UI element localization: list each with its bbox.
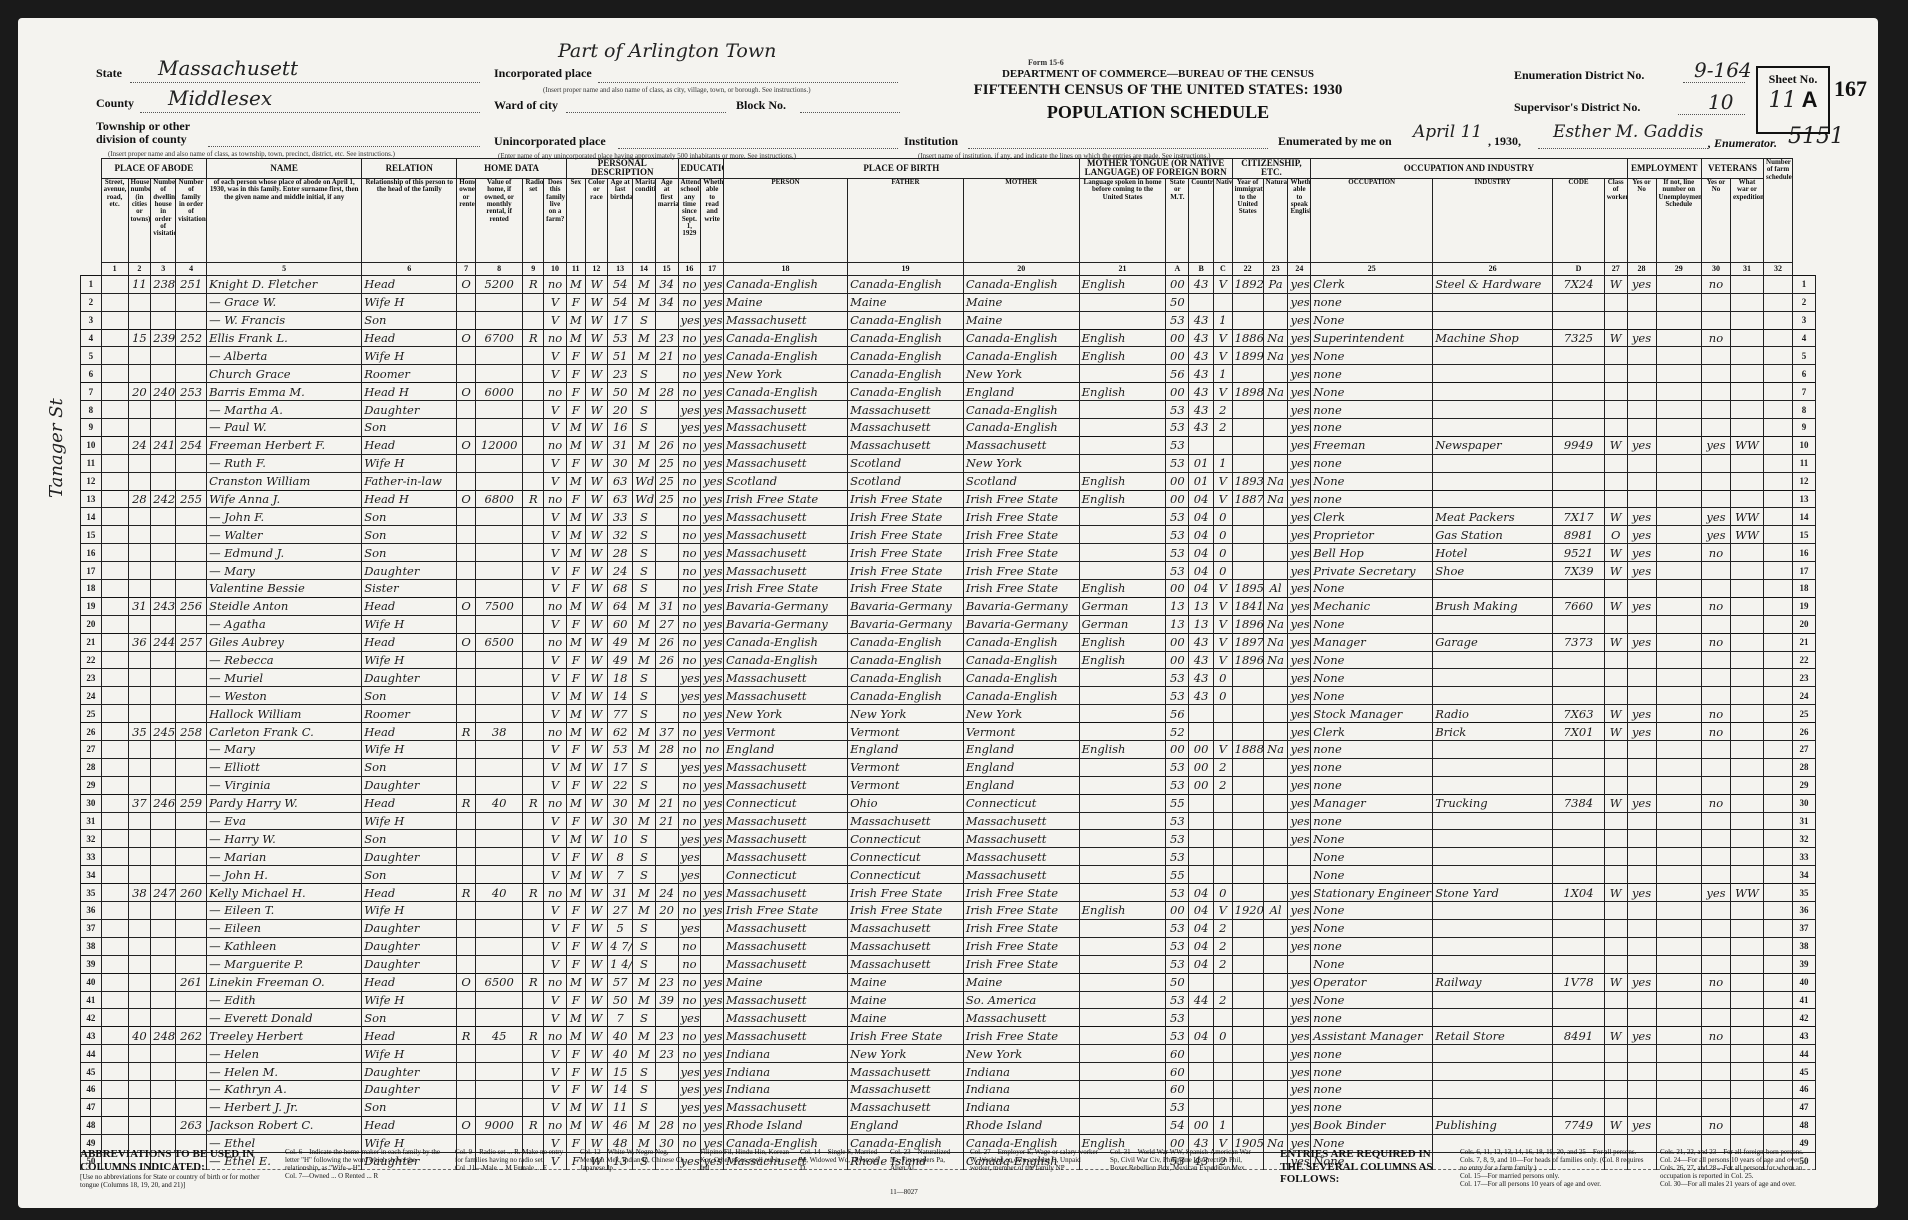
cell-cc: 0	[1214, 884, 1233, 902]
cell-own	[457, 1080, 476, 1098]
cell-bf: Vermont	[848, 758, 964, 776]
cell-occ: none	[1311, 741, 1433, 759]
cell-war: WW	[1730, 884, 1763, 902]
cell-imm	[1232, 1116, 1263, 1134]
cell-nat	[1263, 866, 1288, 884]
cell-cls: W	[1604, 794, 1627, 812]
cell-imm: 1896	[1232, 651, 1263, 669]
cell-war	[1730, 705, 1763, 723]
cell-fam	[176, 580, 207, 598]
line-number-right: 11	[1792, 454, 1815, 472]
line-number: 45	[81, 1063, 102, 1081]
cell-empty	[1764, 490, 1793, 508]
cell-bp: Massachusett	[724, 937, 848, 955]
cell-race: W	[585, 454, 608, 472]
col-30-header: Yes or No	[1702, 178, 1731, 262]
cell-sch: no	[678, 454, 701, 472]
cell-bp: Maine	[724, 293, 848, 311]
cell-house	[128, 454, 151, 472]
cell-ind	[1433, 472, 1553, 490]
cell-house	[128, 347, 151, 365]
cell-imm	[1232, 562, 1263, 580]
cell-eng: yes	[1288, 794, 1311, 812]
cell-war	[1730, 1098, 1763, 1116]
line-number: 47	[81, 1098, 102, 1116]
cell-empty	[1656, 830, 1701, 848]
line-number-right: 41	[1792, 991, 1815, 1009]
cell-emp	[1627, 1098, 1656, 1116]
cell-vet	[1702, 669, 1731, 687]
cell-cls: W	[1604, 275, 1627, 293]
cell-vet	[1702, 1063, 1731, 1081]
cell-emp	[1627, 991, 1656, 1009]
line-number: 34	[81, 866, 102, 884]
cell-a: 00	[1166, 490, 1189, 508]
cell-b: 00	[1189, 1116, 1214, 1134]
cell-dw	[151, 651, 176, 669]
cell-sch: no	[678, 1027, 701, 1045]
cell-own	[457, 866, 476, 884]
footer-col14: Col. 14—Single S, Married M, Widowed Wd,…	[800, 1148, 878, 1172]
cell-bm: Massachusett	[963, 812, 1079, 830]
cell-fam	[176, 401, 207, 419]
cell-val: 6500	[475, 973, 523, 991]
cell-own	[457, 472, 476, 490]
cell-a: 53	[1166, 991, 1189, 1009]
cell-empty	[1764, 884, 1793, 902]
cell-cls: W	[1604, 973, 1627, 991]
cell-eng	[1288, 955, 1311, 973]
cell-mar: M	[633, 991, 656, 1009]
cell-fam: 253	[176, 383, 207, 401]
cell-race: W	[585, 1027, 608, 1045]
cell-nat	[1263, 401, 1288, 419]
cell-own	[457, 919, 476, 937]
cell-bp: Massachusett	[724, 436, 848, 454]
cell-emp	[1627, 490, 1656, 508]
cell-emp	[1627, 365, 1656, 383]
cell-rw	[701, 1009, 724, 1027]
cell-dw	[151, 1009, 176, 1027]
enumerated-year: , 1930,	[1488, 134, 1521, 149]
cell-cc: V	[1214, 472, 1233, 490]
cell-code: 9949	[1553, 436, 1605, 454]
cell-bm: So. America	[963, 991, 1079, 1009]
cell-race: W	[585, 633, 608, 651]
cell-dw	[151, 902, 176, 920]
cell-b	[1189, 1080, 1214, 1098]
cell-nat	[1263, 311, 1288, 329]
cell-lang: German	[1079, 597, 1166, 615]
cell-bp: Massachusett	[724, 1009, 848, 1027]
cell-rel: Head	[362, 275, 457, 293]
cell-a: 53	[1166, 884, 1189, 902]
cell-vet	[1702, 937, 1731, 955]
cell-b: 04	[1189, 508, 1214, 526]
cell-cls	[1604, 401, 1627, 419]
cell-dw	[151, 830, 176, 848]
cell-val	[475, 419, 523, 437]
cell-radio	[523, 508, 544, 526]
entries-4: Col. 17—For all persons 10 years of age …	[1460, 1180, 1601, 1188]
cell-bp: Irish Free State	[724, 580, 848, 598]
cell-farm: V	[544, 311, 567, 329]
cell-empty	[1764, 866, 1793, 884]
cell-rw: yes	[701, 580, 724, 598]
cell-vet	[1702, 741, 1731, 759]
cell-imm	[1232, 293, 1263, 311]
cell-sex: F	[566, 615, 585, 633]
cell-code	[1553, 365, 1605, 383]
line-number-right: 28	[1792, 758, 1815, 776]
cell-nat	[1263, 973, 1288, 991]
cell-bf: Canada-English	[848, 669, 964, 687]
cell-dw: 238	[151, 275, 176, 293]
cell-sex: M	[566, 794, 585, 812]
cell-vet	[1702, 651, 1731, 669]
cell-nat	[1263, 508, 1288, 526]
cell-own: O	[457, 1116, 476, 1134]
cell-eng: yes	[1288, 830, 1311, 848]
cell-age: 24	[608, 562, 633, 580]
cell-cc: 0	[1214, 544, 1233, 562]
line-number-right: 26	[1792, 723, 1815, 741]
cell-name: — Herbert J. Jr.	[207, 1098, 362, 1116]
cell-lang	[1079, 293, 1166, 311]
cell-war: WW	[1730, 526, 1763, 544]
cell-bf: Irish Free State	[848, 526, 964, 544]
cell-nat	[1263, 526, 1288, 544]
cell-dw	[151, 741, 176, 759]
cell-vet	[1702, 919, 1731, 937]
cell-farm: V	[544, 454, 567, 472]
cell-own	[457, 419, 476, 437]
cell-race: W	[585, 419, 608, 437]
cell-rw: yes	[701, 562, 724, 580]
cell-code	[1553, 866, 1605, 884]
cell-occ: Clerk	[1311, 275, 1433, 293]
cell-ind	[1433, 669, 1553, 687]
cell-imm: 1920	[1232, 902, 1263, 920]
cell-rw: yes	[701, 597, 724, 615]
cell-rw: yes	[701, 1116, 724, 1134]
cell-occ: None	[1311, 955, 1433, 973]
cell-bp: Canada-English	[724, 347, 848, 365]
cell-fm: 25	[655, 472, 678, 490]
cell-war	[1730, 741, 1763, 759]
cell-eng: yes	[1288, 633, 1311, 651]
cell-dw	[151, 866, 176, 884]
cell-empty	[1764, 615, 1793, 633]
cell-lang: English	[1079, 472, 1166, 490]
cell-farm: V	[544, 472, 567, 490]
table-row: 22— RebeccaWife HVFW49M26noyesCanada-Eng…	[81, 651, 1816, 669]
cell-dw: 244	[151, 633, 176, 651]
cell-race: W	[585, 383, 608, 401]
line-number: 10	[81, 436, 102, 454]
cell-bp: Massachusett	[724, 991, 848, 1009]
cell-emp	[1627, 615, 1656, 633]
cell-eng: yes	[1288, 562, 1311, 580]
line-number-right: 47	[1792, 1098, 1815, 1116]
cell-empty	[1656, 955, 1701, 973]
cell-ind: Hotel	[1433, 544, 1553, 562]
cell-sch: no	[678, 812, 701, 830]
cell-fam	[176, 687, 207, 705]
cell-lang	[1079, 812, 1166, 830]
cell-fam: 252	[176, 329, 207, 347]
cell-bp: Massachusett	[724, 669, 848, 687]
cell-radio	[523, 848, 544, 866]
sd-value: 10	[1708, 90, 1733, 114]
county-value: Middlesex	[168, 86, 272, 110]
cell-lang	[1079, 919, 1166, 937]
cell-lang	[1079, 1063, 1166, 1081]
line-number: 32	[81, 830, 102, 848]
cell-vet: no	[1702, 544, 1731, 562]
cell-race: W	[585, 669, 608, 687]
cell-farm: no	[544, 723, 567, 741]
cell-name: Church Grace	[207, 365, 362, 383]
cell-occ: Bell Hop	[1311, 544, 1433, 562]
cell-a: 53	[1166, 1098, 1189, 1116]
cell-fm: 23	[655, 973, 678, 991]
cell-st	[101, 383, 128, 401]
table-row: 37— EileenDaughterVFW5SyesMassachusettMa…	[81, 919, 1816, 937]
cell-rw: yes	[701, 812, 724, 830]
cell-war	[1730, 723, 1763, 741]
cell-empty	[1764, 436, 1793, 454]
cell-race: W	[585, 1063, 608, 1081]
cell-rw: yes	[701, 347, 724, 365]
cell-vet	[1702, 758, 1731, 776]
cell-bm: Irish Free State	[963, 1027, 1079, 1045]
cell-val	[475, 1009, 523, 1027]
cell-bm: Irish Free State	[963, 562, 1079, 580]
cell-sch: no	[678, 490, 701, 508]
cell-house	[128, 937, 151, 955]
cell-rw: yes	[701, 1098, 724, 1116]
cell-race: W	[585, 848, 608, 866]
cell-imm: 1898	[1232, 383, 1263, 401]
cell-bp: Massachusett	[724, 955, 848, 973]
cell-b: 43	[1189, 275, 1214, 293]
cell-val	[475, 991, 523, 1009]
cell-race: W	[585, 687, 608, 705]
cell-rw: yes	[701, 651, 724, 669]
group-personal: PERSONAL DESCRIPTION	[566, 159, 678, 179]
cell-cls: W	[1604, 633, 1627, 651]
cell-imm	[1232, 687, 1263, 705]
cell-imm: 1841	[1232, 597, 1263, 615]
cell-name: — Walter	[207, 526, 362, 544]
cell-sex: F	[566, 454, 585, 472]
cell-own	[457, 991, 476, 1009]
cell-cc: V	[1214, 597, 1233, 615]
cell-empty	[1764, 275, 1793, 293]
cell-fm: 28	[655, 741, 678, 759]
cell-cc	[1214, 723, 1233, 741]
print-code: 11—8027	[890, 1188, 918, 1196]
line-number: 8	[81, 401, 102, 419]
cell-dw	[151, 919, 176, 937]
cell-bf: Canada-English	[848, 347, 964, 365]
cell-rw: yes	[701, 383, 724, 401]
col-10-header: Does this family live on a farm?	[544, 178, 567, 262]
line-number-right: 25	[1792, 705, 1815, 723]
cell-rel: Son	[362, 687, 457, 705]
line-number: 46	[81, 1080, 102, 1098]
cell-lang	[1079, 830, 1166, 848]
cell-code	[1553, 830, 1605, 848]
cell-sch: no	[678, 902, 701, 920]
cell-bm: Canada-English	[963, 419, 1079, 437]
cell-lang	[1079, 436, 1166, 454]
cell-name: Cranston William	[207, 472, 362, 490]
cell-mar: S	[633, 866, 656, 884]
cell-race: W	[585, 741, 608, 759]
table-row: 11— Ruth F.Wife HVFW30M25noyesMassachuse…	[81, 454, 1816, 472]
cell-rw: yes	[701, 293, 724, 311]
cell-imm: 1896	[1232, 615, 1263, 633]
cell-ind	[1433, 937, 1553, 955]
cell-sex: M	[566, 687, 585, 705]
ward-label: Ward of city	[494, 98, 558, 113]
cell-race: W	[585, 991, 608, 1009]
cell-fam	[176, 902, 207, 920]
cell-val	[475, 758, 523, 776]
entries-7: Cols. 26, 27, and 28—For all persons for…	[1660, 1164, 1802, 1180]
cell-rel: Wife H	[362, 902, 457, 920]
cell-fam	[176, 866, 207, 884]
cell-rel: Roomer	[362, 365, 457, 383]
cell-imm	[1232, 454, 1263, 472]
cell-dw	[151, 1116, 176, 1134]
cell-radio	[523, 991, 544, 1009]
cell-fm: 25	[655, 454, 678, 472]
cell-empty	[1656, 919, 1701, 937]
cell-fm	[655, 919, 678, 937]
cell-farm: V	[544, 1063, 567, 1081]
cell-rw: yes	[701, 615, 724, 633]
cell-war	[1730, 401, 1763, 419]
cell-bm: New York	[963, 454, 1079, 472]
table-row: 4340248262Treeley HerbertHeadR45RnoMW40M…	[81, 1027, 1816, 1045]
cell-house	[128, 401, 151, 419]
cell-occ: Clerk	[1311, 723, 1433, 741]
cell-house: 40	[128, 1027, 151, 1045]
cell-a: 53	[1166, 454, 1189, 472]
cell-code	[1553, 651, 1605, 669]
cell-war	[1730, 329, 1763, 347]
cell-st	[101, 1045, 128, 1063]
cell-farm: V	[544, 776, 567, 794]
line-number-right: 18	[1792, 580, 1815, 598]
cell-fm	[655, 705, 678, 723]
cell-name: — Eva	[207, 812, 362, 830]
cell-fm: 34	[655, 293, 678, 311]
cell-empty	[1764, 383, 1793, 401]
cell-own	[457, 1045, 476, 1063]
cell-a: 53	[1166, 955, 1189, 973]
cell-rel: Head	[362, 973, 457, 991]
cell-fam	[176, 1098, 207, 1116]
cell-own	[457, 365, 476, 383]
cell-bp: Irish Free State	[724, 490, 848, 508]
cell-age: 32	[608, 526, 633, 544]
cell-sex: F	[566, 1063, 585, 1081]
cell-empty	[1656, 401, 1701, 419]
cell-own	[457, 544, 476, 562]
line-number-right: 17	[1792, 562, 1815, 580]
cell-rel: Daughter	[362, 937, 457, 955]
cell-rw: yes	[701, 1080, 724, 1098]
cell-cc: 0	[1214, 1027, 1233, 1045]
cell-val	[475, 365, 523, 383]
cell-war	[1730, 1045, 1763, 1063]
cell-age: 51	[608, 347, 633, 365]
cell-code	[1553, 812, 1605, 830]
cell-rw: yes	[701, 991, 724, 1009]
cell-rw: yes	[701, 776, 724, 794]
cell-b: 43	[1189, 311, 1214, 329]
cell-st	[101, 1116, 128, 1134]
cell-sex: M	[566, 1027, 585, 1045]
cell-emp: yes	[1627, 329, 1656, 347]
cell-code	[1553, 902, 1605, 920]
cell-sex: F	[566, 293, 585, 311]
line-number-right: 46	[1792, 1080, 1815, 1098]
cell-farm: V	[544, 419, 567, 437]
line-number-right: 7	[1792, 383, 1815, 401]
cell-house	[128, 311, 151, 329]
cell-fm: 37	[655, 723, 678, 741]
cell-farm: V	[544, 937, 567, 955]
cell-fam	[176, 812, 207, 830]
cell-nat	[1263, 937, 1288, 955]
line-number: 20	[81, 615, 102, 633]
cell-race: W	[585, 472, 608, 490]
cell-emp	[1627, 1009, 1656, 1027]
cell-sch: no	[678, 436, 701, 454]
cell-lang	[1079, 454, 1166, 472]
cell-eng: yes	[1288, 293, 1311, 311]
cell-code: 7X01	[1553, 723, 1605, 741]
line-number: 41	[81, 991, 102, 1009]
group-home-data: HOME DATA	[457, 159, 567, 179]
cell-sex: M	[566, 508, 585, 526]
cell-farm: V	[544, 562, 567, 580]
cell-st	[101, 741, 128, 759]
cell-val	[475, 812, 523, 830]
cell-sch: no	[678, 615, 701, 633]
col-6-header: Relationship of this person to the head …	[362, 178, 457, 262]
cell-bp: Connecticut	[724, 794, 848, 812]
cell-own: O	[457, 597, 476, 615]
cell-occ: Manager	[1311, 633, 1433, 651]
cell-emp: yes	[1627, 562, 1656, 580]
cell-house	[128, 758, 151, 776]
cell-b	[1189, 830, 1214, 848]
cell-lang: English	[1079, 383, 1166, 401]
cell-sex: F	[566, 902, 585, 920]
cell-a: 53	[1166, 508, 1189, 526]
cell-empty	[1656, 562, 1701, 580]
cell-name: — Mary	[207, 562, 362, 580]
table-row: 8— Martha A.DaughterVFW20SyesyesMassachu…	[81, 401, 1816, 419]
cell-bf: Connecticut	[848, 830, 964, 848]
cell-cls: W	[1604, 562, 1627, 580]
